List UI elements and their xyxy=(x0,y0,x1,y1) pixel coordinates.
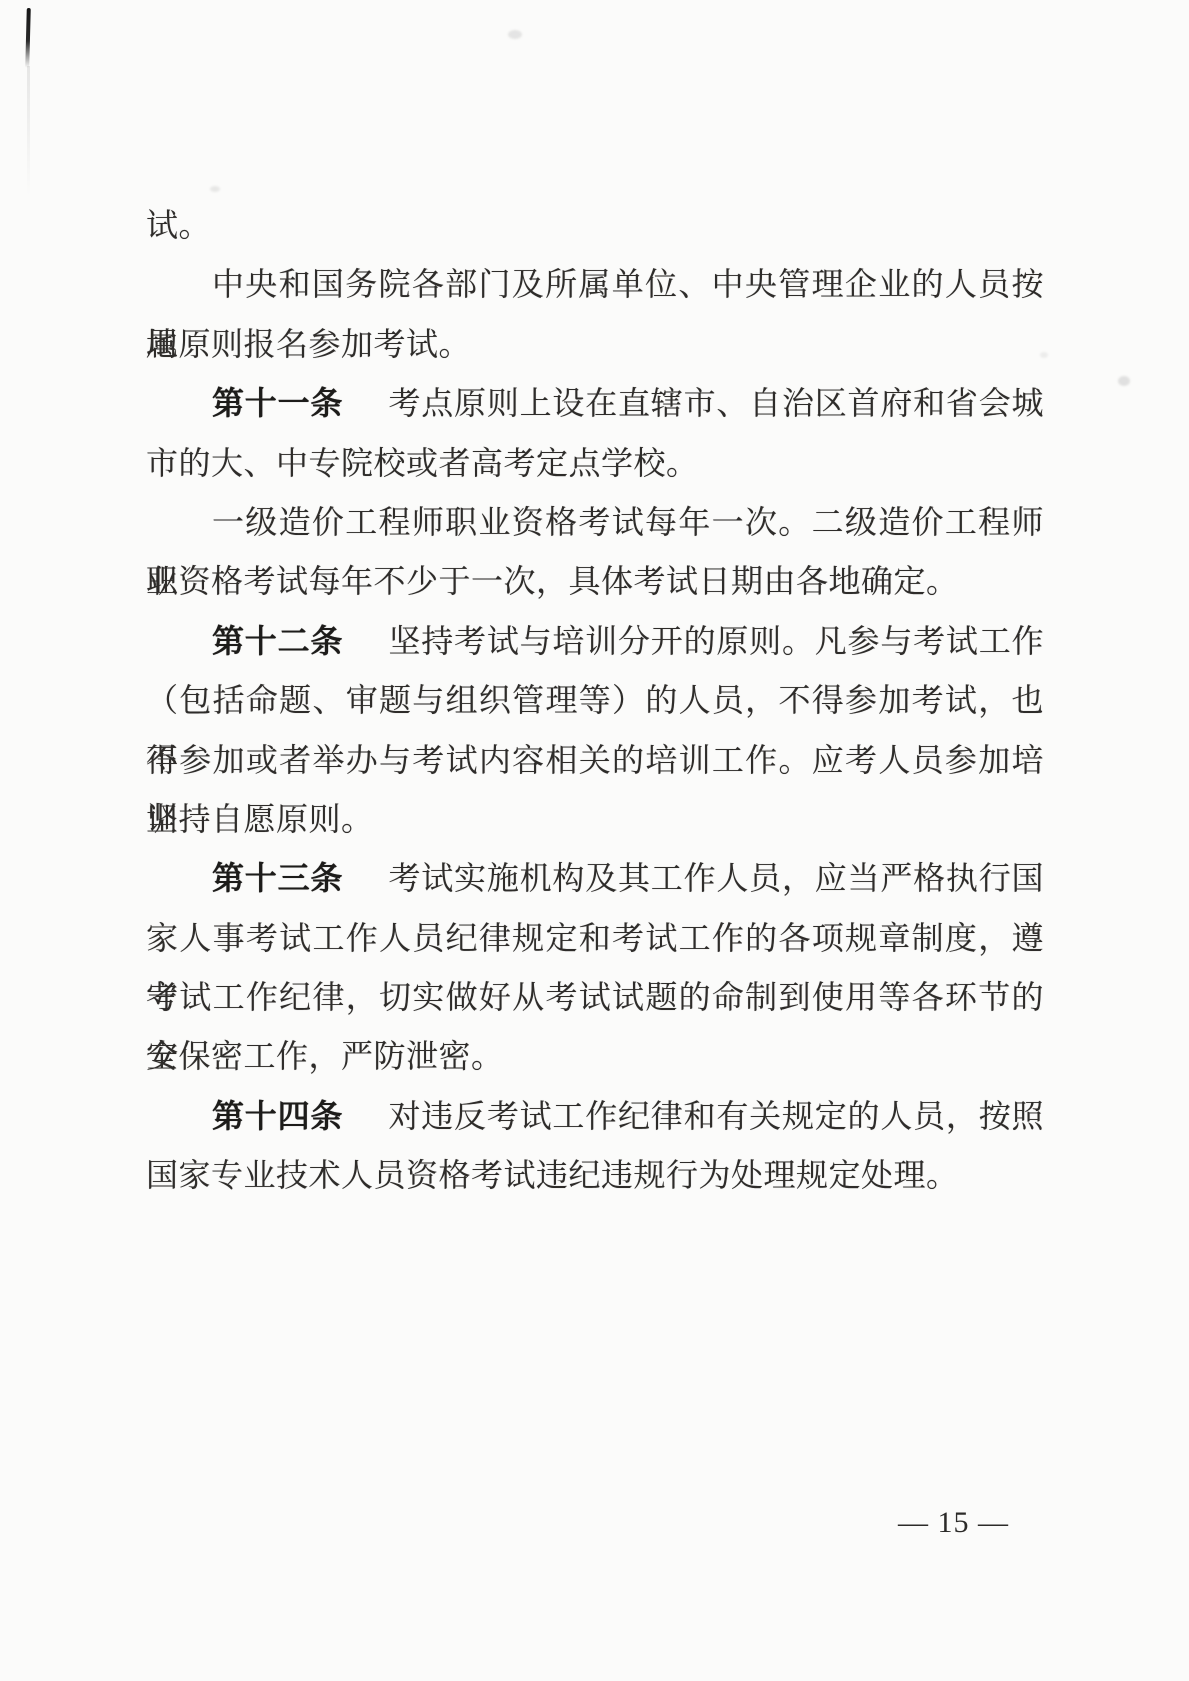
text-line-5: 市的大、中专院校或者高考定点学校。 xyxy=(146,434,1044,493)
line-text: 考点原则上设在直辖市、自治区首府和省会城 xyxy=(388,385,1044,421)
text-line-14: 考试工作纪律，切实做好从考试试题的命制到使用等各环节的安 xyxy=(146,968,1044,1027)
text-line-4: 第十一条考点原则上设在直辖市、自治区首府和省会城 xyxy=(146,374,1044,433)
text-block: 试。中央和国务院各部门及所属单位、中央管理企业的人员按属地原则报名参加考试。第十… xyxy=(146,196,1044,1206)
line-text: 坚持自愿原则。 xyxy=(146,801,374,837)
text-line-13: 家人事考试工作人员纪律规定和考试工作的各项规章制度，遵守 xyxy=(146,909,1044,968)
text-line-16: 第十四条对违反考试工作纪律和有关规定的人员，按照 xyxy=(146,1087,1044,1146)
line-text: 国家专业技术人员资格考试违纪违规行为处理规定处理。 xyxy=(146,1157,959,1193)
text-line-15: 全保密工作，严防泄密。 xyxy=(146,1027,1044,1086)
text-line-17: 国家专业技术人员资格考试违纪违规行为处理规定处理。 xyxy=(146,1146,1044,1205)
text-line-7: 业资格考试每年不少于一次，具体考试日期由各地确定。 xyxy=(146,552,1044,611)
line-text: 业资格考试每年不少于一次，具体考试日期由各地确定。 xyxy=(146,563,959,599)
article-number: 第十四条 xyxy=(212,1098,343,1134)
text-line-2: 中央和国务院各部门及所属单位、中央管理企业的人员按属 xyxy=(146,255,1044,314)
scan-ink-stroke-artifact xyxy=(25,8,31,68)
line-text: 全保密工作，严防泄密。 xyxy=(146,1038,504,1074)
line-text: 地原则报名参加考试。 xyxy=(146,326,471,362)
article-number: 第十三条 xyxy=(212,860,343,896)
text-line-12: 第十三条考试实施机构及其工作人员，应当严格执行国 xyxy=(146,849,1044,908)
scan-smudge xyxy=(508,30,522,39)
text-line-6: 一级造价工程师职业资格考试每年一次。二级造价工程师职 xyxy=(146,493,1044,552)
article-number: 第十一条 xyxy=(212,385,343,421)
line-text: 对违反考试工作纪律和有关规定的人员，按照 xyxy=(388,1098,1044,1134)
text-line-8: 第十二条坚持考试与培训分开的原则。凡参与考试工作 xyxy=(146,612,1044,671)
text-line-9: （包括命题、审题与组织管理等）的人员，不得参加考试，也不 xyxy=(146,671,1044,730)
document-page: 试。中央和国务院各部门及所属单位、中央管理企业的人员按属地原则报名参加考试。第十… xyxy=(0,0,1189,1681)
text-line-1: 试。 xyxy=(146,196,1044,255)
scan-smudge xyxy=(1118,376,1130,386)
text-line-10: 得参加或者举办与考试内容相关的培训工作。应考人员参加培训 xyxy=(146,731,1044,790)
scan-smudge xyxy=(210,186,220,192)
line-text: 考试实施机构及其工作人员，应当严格执行国 xyxy=(388,860,1044,896)
text-line-11: 坚持自愿原则。 xyxy=(146,790,1044,849)
scan-ink-stroke-fade xyxy=(27,66,30,196)
page-number: — 15 — xyxy=(898,1506,1028,1540)
line-text: 市的大、中专院校或者高考定点学校。 xyxy=(146,445,699,481)
article-number: 第十二条 xyxy=(212,623,343,659)
line-text: 试。 xyxy=(146,207,211,243)
line-text: 坚持考试与培训分开的原则。凡参与考试工作 xyxy=(388,623,1044,659)
text-line-3: 地原则报名参加考试。 xyxy=(146,315,1044,374)
